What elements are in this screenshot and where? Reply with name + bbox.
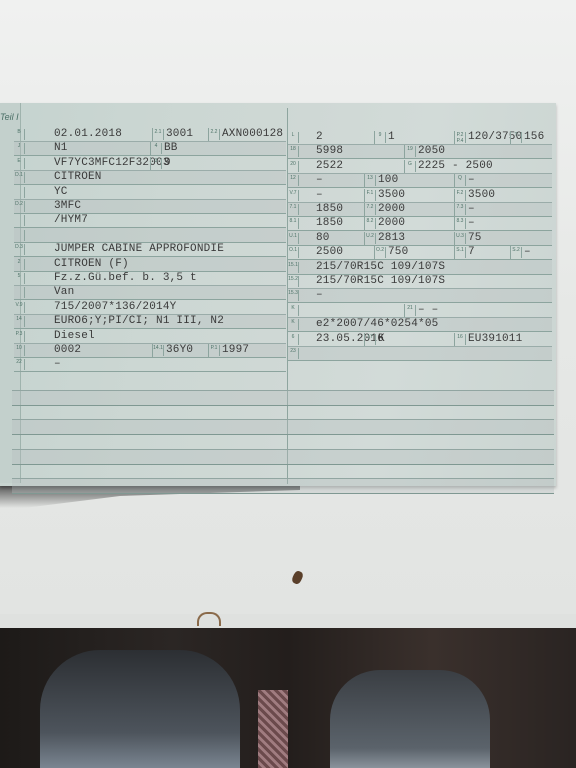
left-row: 2CITROEN (F) bbox=[14, 257, 286, 272]
left-row: V.9715/2007*136/2014Y bbox=[14, 300, 286, 315]
field-value: YC bbox=[54, 186, 68, 198]
field-value: N1 bbox=[54, 142, 68, 154]
right-row: 12–13100Q– bbox=[288, 173, 552, 188]
field-code: D.3 bbox=[14, 244, 25, 255]
table-hook bbox=[197, 612, 221, 626]
field-value: 0002 bbox=[54, 344, 81, 356]
right-row: 185998192050 bbox=[288, 144, 552, 159]
field-code: 20 bbox=[288, 161, 299, 172]
field-code: 22 bbox=[14, 359, 25, 370]
document-part-label: Teil I bbox=[0, 112, 19, 122]
field-code: F.1 bbox=[365, 190, 376, 201]
field-code: P.1 bbox=[209, 345, 220, 356]
field-code: Q bbox=[455, 175, 466, 186]
field-code: 2.1 bbox=[153, 129, 164, 140]
field-code: B bbox=[14, 129, 25, 140]
field-code: J bbox=[14, 143, 25, 154]
field-code: 2.2 bbox=[209, 129, 220, 140]
right-row: 23 bbox=[288, 346, 552, 361]
field-value: 750 bbox=[388, 246, 408, 258]
field-code: V.9 bbox=[14, 302, 25, 313]
field-code: V.7 bbox=[288, 190, 299, 201]
field-value: JUMPER CABINE APPROFONDIE bbox=[54, 243, 224, 255]
field-code: U.3 bbox=[455, 233, 466, 244]
field-code: 17 bbox=[365, 334, 376, 345]
blank-ruled-line bbox=[12, 478, 554, 494]
person-leg-left bbox=[40, 650, 240, 768]
field-code bbox=[14, 215, 25, 226]
field-code: U.1 bbox=[288, 233, 299, 244]
field-code: 12 bbox=[288, 175, 299, 186]
field-code: 14.1 bbox=[153, 345, 164, 356]
blank-ruled-line bbox=[12, 404, 554, 420]
field-value: – bbox=[524, 246, 531, 258]
field-value: 3500 bbox=[378, 189, 405, 201]
right-row: 15.1215/70R15C 109/107S bbox=[288, 260, 552, 275]
blank-ruled-line bbox=[12, 375, 554, 391]
right-row: 7.118507.220007.3– bbox=[288, 202, 552, 217]
field-code: K bbox=[288, 305, 299, 316]
field-value: 215/70R15C 109/107S bbox=[316, 261, 445, 273]
field-value: 1997 bbox=[222, 344, 249, 356]
right-row: 202522G2225 - 2500 bbox=[288, 159, 552, 174]
field-code: O.2 bbox=[375, 247, 386, 258]
field-code: L bbox=[288, 132, 299, 143]
field-value: AXN000128 bbox=[222, 128, 283, 140]
blank-ruled-line bbox=[12, 390, 554, 406]
field-code: 15.3 bbox=[288, 290, 299, 301]
field-code: S.2 bbox=[511, 247, 522, 258]
field-code: 3 bbox=[151, 158, 162, 169]
right-row: 8.118508.220008.3– bbox=[288, 216, 552, 231]
field-code: U.2 bbox=[365, 233, 376, 244]
left-row: D.3JUMPER CABINE APPROFONDIE bbox=[14, 242, 286, 257]
field-value: – bbox=[316, 174, 323, 186]
field-value: – bbox=[468, 217, 475, 229]
field-code: T bbox=[511, 132, 522, 143]
field-value: – – bbox=[418, 304, 438, 316]
field-value: 36Y0 bbox=[166, 344, 193, 356]
left-row: 10000214.136Y0P.11997 bbox=[14, 343, 286, 358]
field-code bbox=[14, 187, 25, 198]
field-value: EU391011 bbox=[468, 333, 522, 345]
right-row: 15.2215/70R15C 109/107S bbox=[288, 274, 552, 289]
field-value: – bbox=[54, 358, 61, 370]
field-value: 2522 bbox=[316, 160, 343, 172]
field-value: 2000 bbox=[378, 217, 405, 229]
field-value: 715/2007*136/2014Y bbox=[54, 301, 176, 313]
field-code: 15.2 bbox=[288, 276, 299, 287]
field-value: 2225 - 2500 bbox=[418, 160, 493, 172]
field-value: 3500 bbox=[468, 189, 495, 201]
field-value: 100 bbox=[378, 174, 398, 186]
field-value: 9 bbox=[164, 157, 171, 169]
field-value: 2050 bbox=[418, 145, 445, 157]
field-value: EURO6;Y;PI/CI; N1 III, N2 bbox=[54, 315, 224, 327]
field-value: 75 bbox=[468, 232, 482, 244]
left-row: D.23MFC bbox=[14, 199, 286, 214]
field-value: 3MFC bbox=[54, 200, 81, 212]
field-value: 1850 bbox=[316, 217, 343, 229]
right-row: K21– – bbox=[288, 303, 552, 318]
field-value: Diesel bbox=[54, 330, 95, 342]
blank-ruled-line bbox=[12, 434, 554, 450]
blank-ruled-line bbox=[12, 449, 554, 465]
field-value: – bbox=[316, 289, 323, 301]
left-row: B02.01.20182.130012.2AXN000128 bbox=[14, 127, 286, 142]
field-code: 10 bbox=[14, 345, 25, 356]
field-code bbox=[14, 230, 25, 241]
left-row: Van bbox=[14, 285, 286, 300]
field-value: – bbox=[316, 189, 323, 201]
field-code: 4 bbox=[151, 143, 162, 154]
field-code: 18 bbox=[288, 146, 299, 157]
field-value: 02.01.2018 bbox=[54, 128, 122, 140]
field-code: K bbox=[288, 319, 299, 330]
field-code: 13 bbox=[365, 175, 376, 186]
field-value: 2000 bbox=[378, 203, 405, 215]
right-row: 623.05.201617K16EU391011 bbox=[288, 332, 552, 347]
field-code: F.2 bbox=[455, 190, 466, 201]
left-row bbox=[14, 228, 286, 243]
field-value: 80 bbox=[316, 232, 330, 244]
right-row: 15.3– bbox=[288, 288, 552, 303]
right-row: L291P.2 P.4120/3750T156 bbox=[288, 130, 552, 145]
field-code: 16 bbox=[455, 334, 466, 345]
field-value: CITROEN (F) bbox=[54, 258, 129, 270]
field-code: P.3 bbox=[14, 331, 25, 342]
blank-ruled-line bbox=[12, 419, 554, 435]
left-row: EVF7YC3MFC12F3200339 bbox=[14, 156, 286, 171]
field-value: K bbox=[378, 333, 385, 345]
right-row: O.12500O.2750S.17S.2– bbox=[288, 245, 552, 260]
field-value: 7 bbox=[468, 246, 475, 258]
field-code bbox=[14, 287, 25, 298]
field-code: S.1 bbox=[455, 247, 466, 258]
left-row: 22– bbox=[14, 357, 286, 372]
field-value: BB bbox=[164, 142, 178, 154]
field-value: 215/70R15C 109/107S bbox=[316, 275, 445, 287]
field-code: 14 bbox=[14, 316, 25, 327]
left-row: /HYM7 bbox=[14, 213, 286, 228]
field-value: 2500 bbox=[316, 246, 343, 258]
right-row: U.180U.22813U.375 bbox=[288, 231, 552, 246]
field-value: Van bbox=[54, 286, 74, 298]
blank-ruled-line bbox=[12, 463, 554, 479]
field-code: 8.3 bbox=[455, 218, 466, 229]
right-row: V.7–F.13500F.23500 bbox=[288, 188, 552, 203]
field-code: 19 bbox=[405, 146, 416, 157]
field-value: CITROEN bbox=[54, 171, 102, 183]
field-code: 2 bbox=[14, 259, 25, 270]
field-value: 1850 bbox=[316, 203, 343, 215]
field-value: 2813 bbox=[378, 232, 405, 244]
field-value: 156 bbox=[524, 131, 544, 143]
field-value: – bbox=[468, 203, 475, 215]
field-value: – bbox=[468, 174, 475, 186]
field-code: 23 bbox=[288, 348, 299, 359]
left-row: P.3Diesel bbox=[14, 329, 286, 344]
field-code: 7.3 bbox=[455, 204, 466, 215]
field-value: 5998 bbox=[316, 145, 343, 157]
field-code: D.1 bbox=[14, 172, 25, 183]
field-code: O.1 bbox=[288, 247, 299, 258]
field-code: 8.1 bbox=[288, 218, 299, 229]
field-code: 15.1 bbox=[288, 262, 299, 273]
field-code: 9 bbox=[375, 132, 386, 143]
field-value: 2 bbox=[316, 131, 323, 143]
field-code: 7.2 bbox=[365, 204, 376, 215]
field-code: P.2 P.4 bbox=[455, 132, 466, 143]
field-code: 21 bbox=[405, 305, 416, 316]
field-value: 1 bbox=[388, 131, 395, 143]
field-code: 5 bbox=[14, 273, 25, 284]
field-code: D.2 bbox=[14, 201, 25, 212]
right-row: Ke2*2007/46*0254*05 bbox=[288, 317, 552, 332]
field-code: 8.2 bbox=[365, 218, 376, 229]
person-leg-right bbox=[330, 670, 490, 768]
left-row: D.1CITROEN bbox=[14, 170, 286, 185]
left-row: 5Fz.z.Gü.bef. b. 3,5 t bbox=[14, 271, 286, 286]
field-code: G bbox=[405, 161, 416, 172]
field-value: /HYM7 bbox=[54, 214, 88, 226]
field-value: e2*2007/46*0254*05 bbox=[316, 318, 438, 330]
field-code: E bbox=[14, 158, 25, 169]
bag-strap bbox=[258, 690, 288, 768]
left-row: YC bbox=[14, 185, 286, 200]
field-code: 7.1 bbox=[288, 204, 299, 215]
left-row: JN14BB bbox=[14, 141, 286, 156]
left-row: 14EURO6;Y;PI/CI; N1 III, N2 bbox=[14, 314, 286, 329]
field-value: 3001 bbox=[166, 128, 193, 140]
field-value: Fz.z.Gü.bef. b. 3,5 t bbox=[54, 272, 197, 284]
field-code: 6 bbox=[288, 334, 299, 345]
